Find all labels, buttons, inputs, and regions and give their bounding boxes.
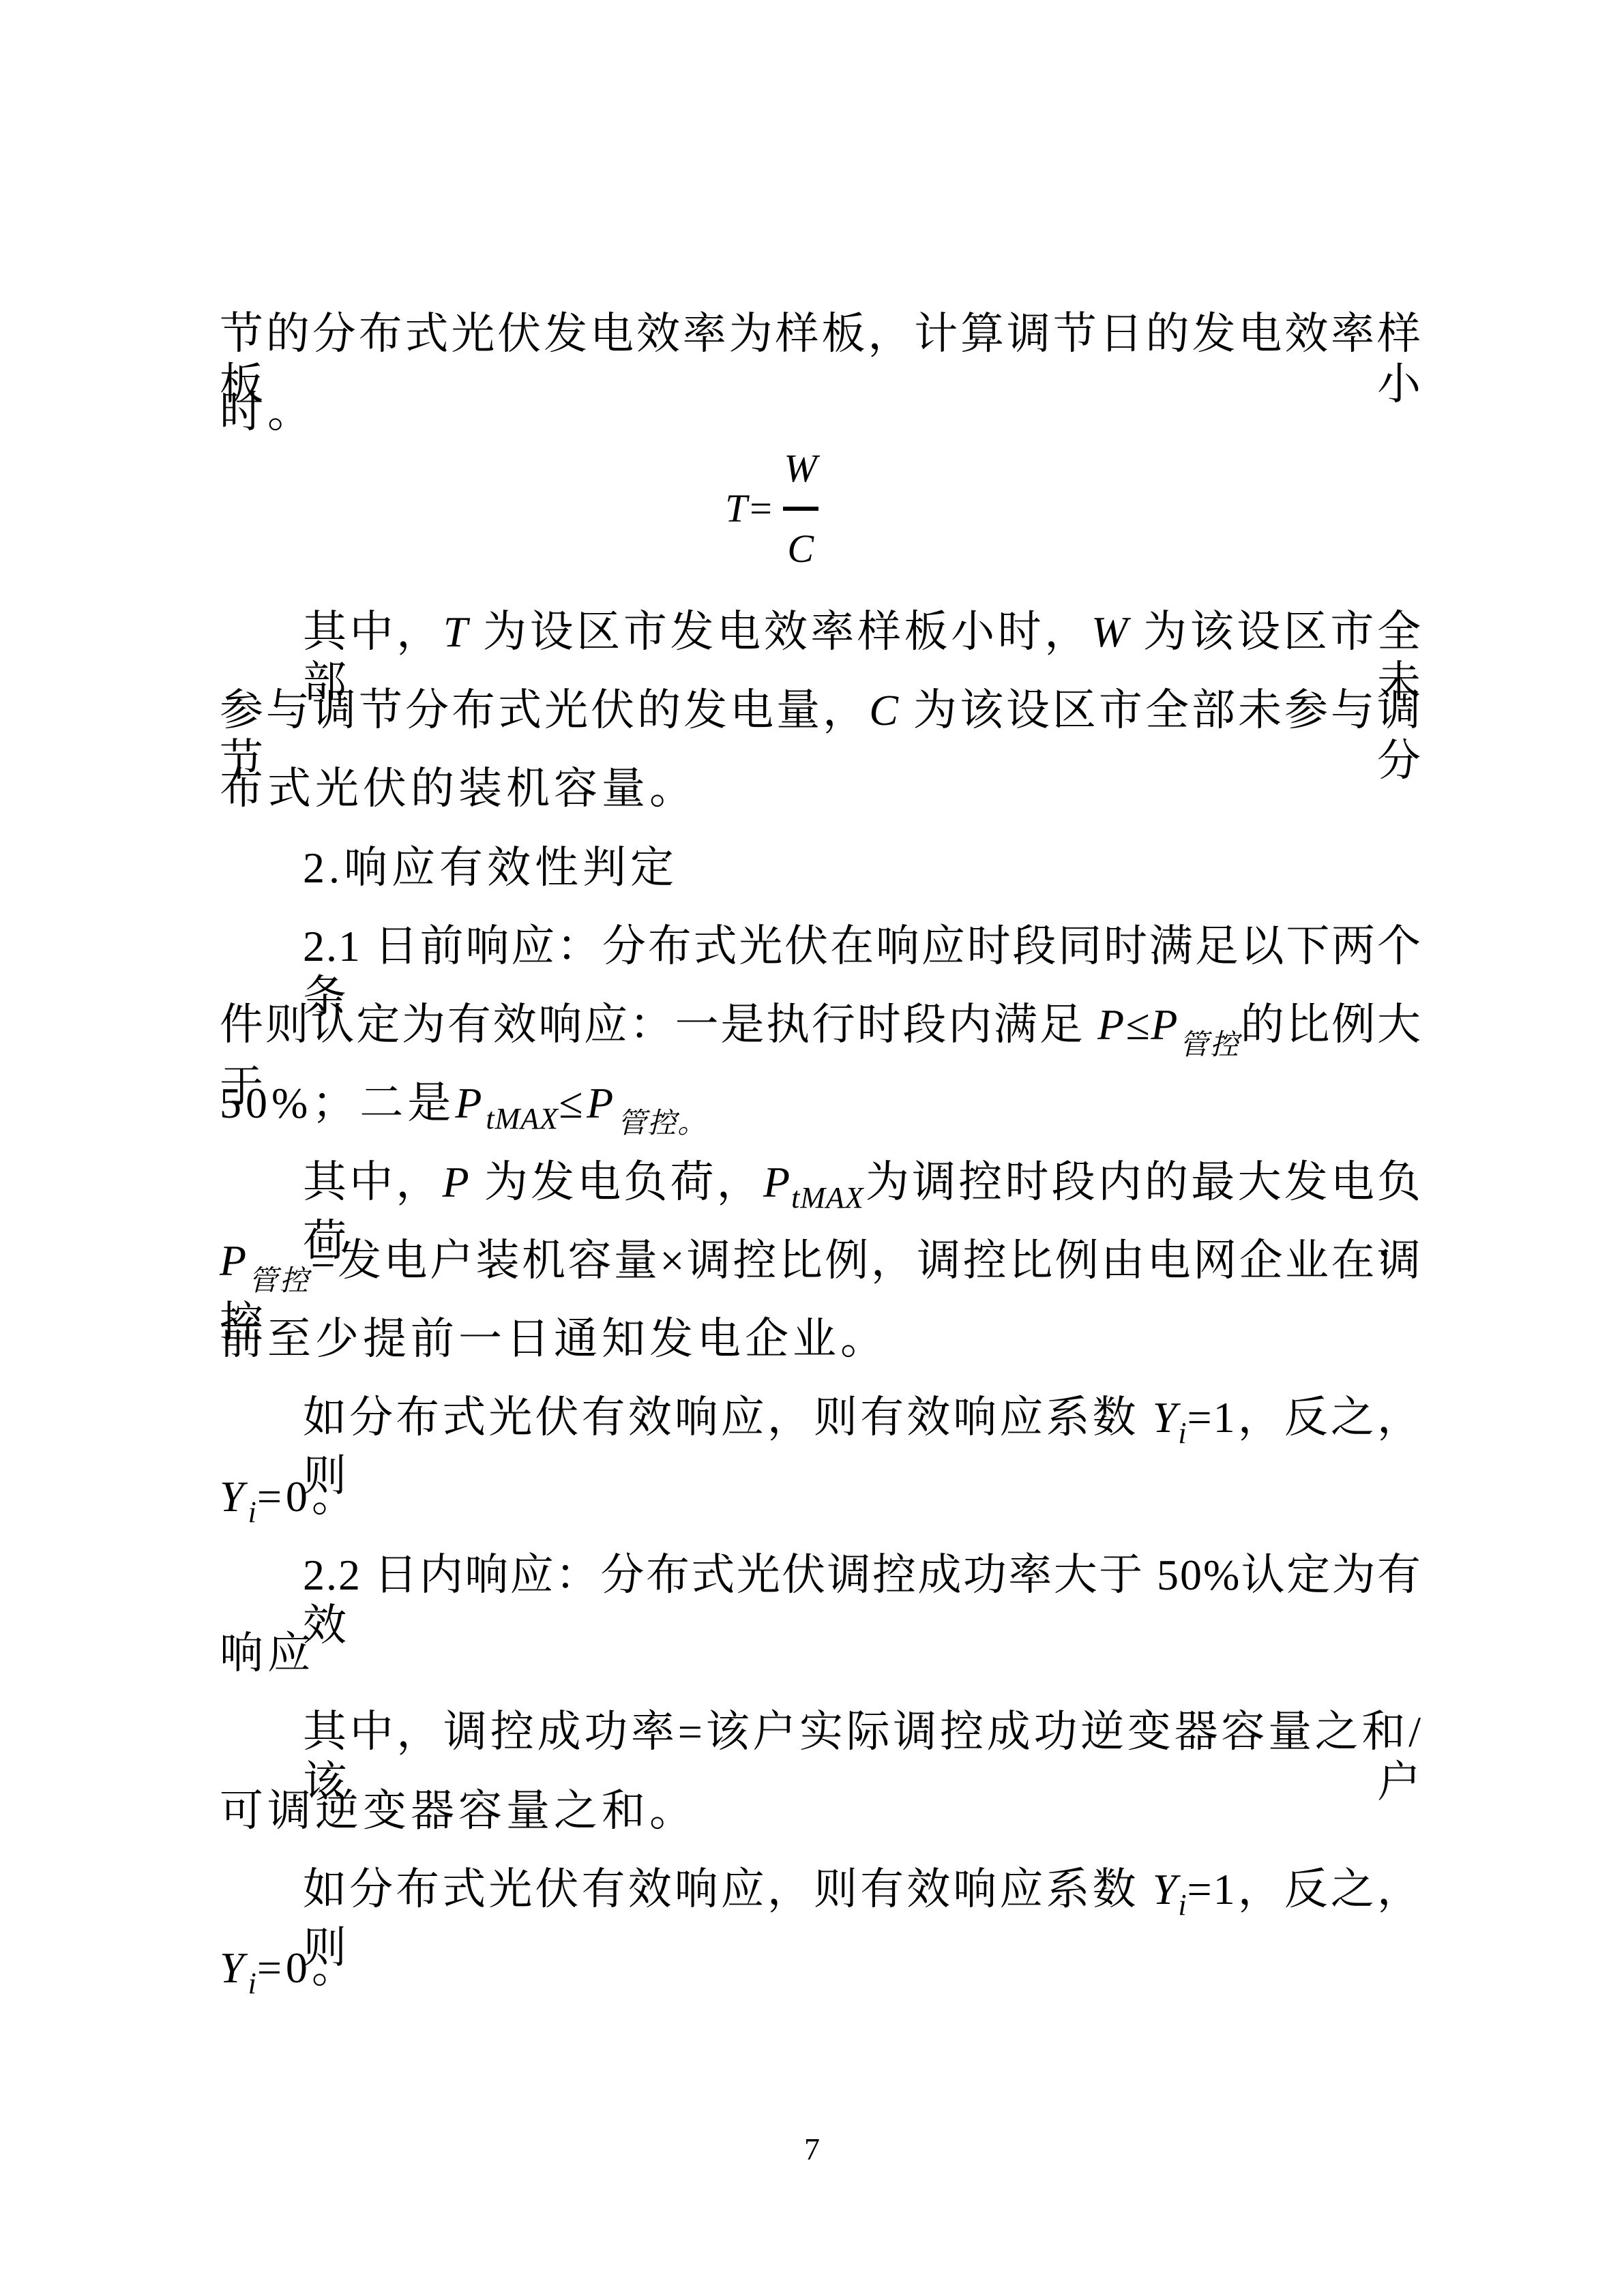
subscript-i: i [248, 1967, 257, 2000]
variable-W: W [1091, 608, 1129, 656]
variable-P: P [763, 1158, 791, 1206]
text-run: 布式光伏的装机容量。 [220, 764, 697, 813]
text-run: 为设区市发电效率样板小时， [469, 608, 1091, 656]
subscript-i: i [248, 1495, 257, 1529]
subscript-guankong: 管控。 [617, 1108, 707, 1139]
subscript-i: i [1178, 1888, 1187, 1922]
text-run: =0。 [257, 1472, 359, 1521]
text-run: 50%；二是 [220, 1079, 455, 1127]
formula-numerator: W [784, 449, 817, 488]
text-run: 节的分布式光伏发电效率为样板，计算调节日的发电效率样板小 [220, 310, 1422, 408]
text-run: 2.响应有效性判定 [303, 844, 678, 892]
text-run: 前至少提前一日通知发电企业。 [220, 1315, 888, 1363]
variable-Y: Y [1153, 1393, 1179, 1442]
text-run: 件则认定为有效响应：一是执行时段内满足 [220, 1000, 1097, 1049]
variable-T: T [443, 608, 469, 656]
variable-C: C [869, 686, 900, 734]
paragraph-line: 节的分布式光伏发电效率为样板，计算调节日的发电效率样板小 [220, 309, 1422, 409]
text-run: 如分布式光伏有效响应，则有效响应系数 [303, 1393, 1153, 1442]
variable-Y: Y [1153, 1865, 1179, 1913]
variable-lte-P: ≤P [559, 1079, 617, 1127]
text-run: 时。 [220, 388, 315, 436]
text-run: 为发电负荷， [471, 1158, 763, 1206]
paragraph-line: Yi=0。 [220, 1472, 359, 1530]
paragraph-line: 布式光伏的装机容量。 [220, 764, 697, 814]
text-run: 2.2 日内响应：分布式光伏调控成功率大于 50%认定为有效 [303, 1551, 1422, 1650]
formula-denominator: C [787, 529, 814, 569]
paragraph-line: 如分布式光伏有效响应，则有效响应系数 Yi=1，反之，则 [303, 1864, 1422, 1973]
variable-P-lte-P: P≤P [1097, 1000, 1179, 1049]
variable-Y: Y [220, 1943, 248, 1992]
formula-fraction: W C [783, 449, 818, 569]
subscript-guankong: 管控 [248, 1266, 310, 1297]
paragraph-line: 时。 [220, 387, 315, 438]
text-run: 如分布式光伏有效响应，则有效响应系数 [303, 1865, 1153, 1913]
variable-P: P [455, 1079, 486, 1127]
variable-P: P [220, 1236, 248, 1285]
paragraph-line: 如分布式光伏有效响应，则有效响应系数 Yi=1，反之，则 [303, 1392, 1422, 1501]
text-run: 其中， [303, 608, 443, 656]
section-heading-2-2: 2.2 日内响应：分布式光伏调控成功率大于 50%认定为有效 [303, 1550, 1422, 1650]
paragraph-line: 响应 [220, 1628, 315, 1679]
subscript-i: i [1178, 1416, 1187, 1450]
paragraph-line: 50%；二是PtMAX≤P管控。 [220, 1078, 707, 1140]
subscript-tmax: tMAX [791, 1181, 864, 1214]
text-run: 可调逆变器容量之和。 [220, 1787, 697, 1835]
section-heading-2: 2.响应有效性判定 [303, 843, 678, 893]
text-run: 响应 [220, 1629, 315, 1678]
paragraph-line: 前至少提前一日通知发电企业。 [220, 1314, 888, 1365]
subscript-guankong: 管控 [1179, 1030, 1240, 1061]
text-run: 其中， [303, 1158, 443, 1206]
variable-P: P [443, 1158, 471, 1206]
page-number: 7 [0, 2130, 1624, 2168]
subscript-tmax: tMAX [486, 1102, 559, 1135]
formula-lhs: T= [725, 489, 773, 528]
variable-Y: Y [220, 1472, 248, 1521]
fraction-bar [783, 507, 818, 511]
formula-t-equals-w-over-c: T= W C [171, 449, 1373, 569]
paragraph-line: Yi=0。 [220, 1943, 359, 2001]
text-run: 参与调节分布式光伏的发电量， [220, 686, 869, 734]
paragraph-line: 可调逆变器容量之和。 [220, 1786, 697, 1836]
document-page: 节的分布式光伏发电效率为样板，计算调节日的发电效率样板小 时。 T= W C 其… [0, 0, 1624, 2296]
text-run: =0。 [257, 1943, 359, 1992]
